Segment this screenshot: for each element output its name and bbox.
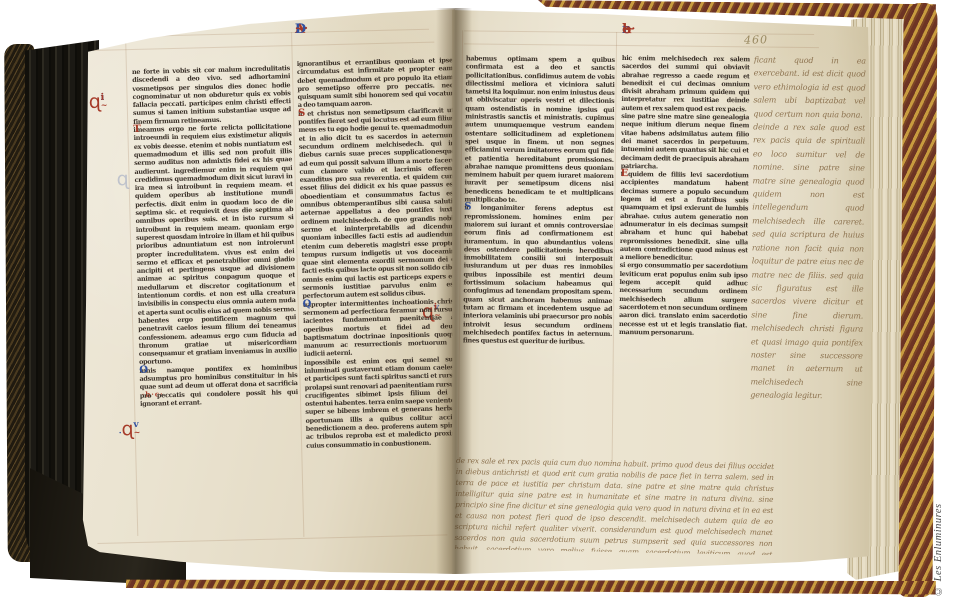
ruling-line	[97, 534, 447, 544]
book-cover-edge-bottom	[126, 572, 936, 596]
text-column-right-2: hic enim melchisedech rex salem sacerdos…	[618, 54, 750, 461]
bottom-gloss: de rex sale et rex pacis quia cum duo no…	[454, 455, 774, 555]
paraph-glyph: ɋ	[116, 168, 129, 190]
chapter-mark-iiii: ɋiiii~	[88, 93, 107, 112]
book-cover-edge-right	[898, 3, 937, 597]
manuscript-photo: ·~ AD ~· ɋiiii~ ɋ ·h·c· ·ɋv~ ɋvi~ ne for…	[0, 0, 954, 600]
chapter-mark-v: ·ɋv~	[118, 420, 140, 440]
text-column-left-2: ignorantibus et errantibus quoniam et ip…	[297, 56, 455, 464]
text-column-left-1: ne forte in vobis sit cor malum incredul…	[132, 64, 300, 466]
running-title-left: ·~ AD ~·	[225, 20, 365, 23]
right-page-content: ·~ hebre ~· 460 habemus optimam spem a q…	[450, 6, 875, 578]
ruling-line	[89, 29, 429, 38]
chapter-mark-faint: ɋ	[116, 170, 129, 189]
paraph-glyph: ɋ	[88, 91, 101, 113]
running-title-right: ·~ hebre ~·	[542, 21, 702, 23]
text-column-right-1: habemus optimam spem a quibus confirmata…	[462, 54, 615, 460]
left-page-content: ·~ AD ~· ɋiiii~ ɋ ·h·c· ·ɋv~ ɋvi~ ne for…	[60, 8, 455, 576]
folio-number: 460	[744, 33, 768, 47]
paraph-glyph: ɋ	[121, 418, 134, 440]
title-flourish-icon: ~·	[622, 22, 635, 35]
right-page: ·~ hebre ~· 460 habemus optimam spem a q…	[450, 6, 875, 578]
left-page: ·~ AD ~· ɋiiii~ ɋ ·h·c· ·ɋv~ ɋvi~ ne for…	[60, 8, 455, 576]
ruling-line	[89, 42, 434, 51]
margin-gloss: ficant quod in ea exercebant. id est dic…	[750, 53, 866, 468]
photo-credit: © Les Enluminures	[933, 432, 951, 596]
title-flourish-icon: ~·	[295, 22, 308, 35]
